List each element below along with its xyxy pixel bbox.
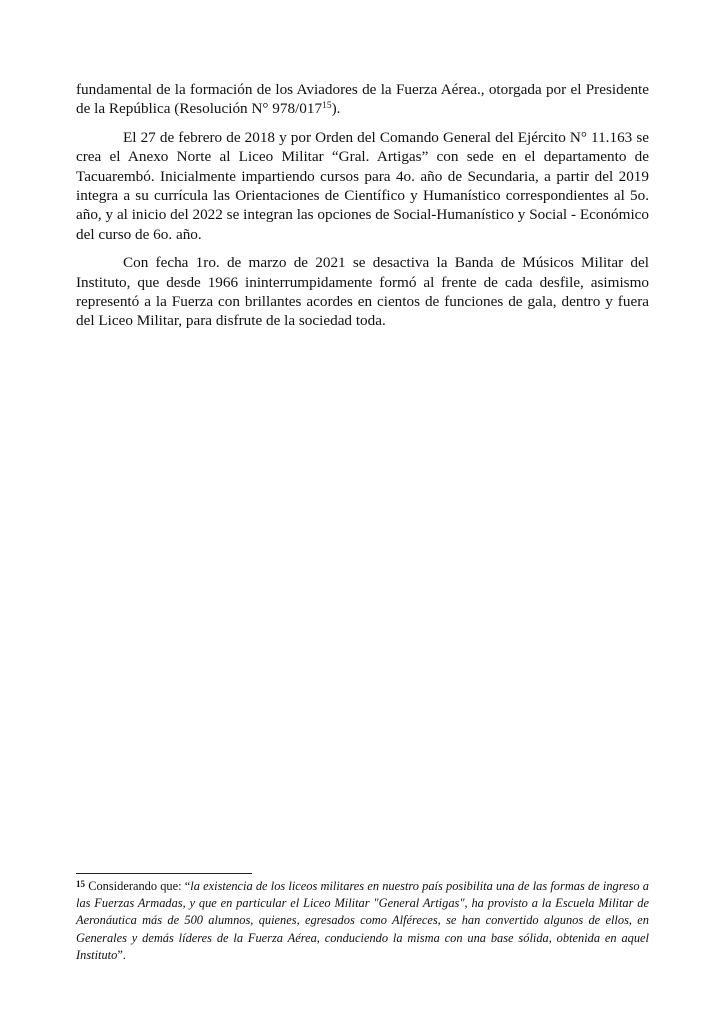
paragraph-anexo-norte: El 27 de febrero de 2018 y por Orden del… [76, 128, 649, 244]
footnote-lead: Considerando que: “ [85, 879, 190, 893]
document-page: fundamental de la formación de los Aviad… [0, 0, 724, 1024]
paragraph-text: fundamental de la formación de los Aviad… [76, 81, 649, 117]
footnote-separator [76, 873, 252, 874]
footnote-reference[interactable]: 15 [322, 101, 332, 111]
paragraph-banda-musicos: Con fecha 1ro. de marzo de 2021 se desac… [76, 253, 649, 331]
footnote-number: 15 [76, 879, 85, 889]
body-text: fundamental de la formación de los Aviad… [76, 80, 649, 340]
footnote-tail: ”. [117, 948, 126, 962]
paragraph-text-end: ). [332, 100, 341, 117]
footnote-15: 15 Considerando que: “la existencia de l… [76, 878, 649, 964]
paragraph-continuation: fundamental de la formación de los Aviad… [76, 80, 649, 119]
